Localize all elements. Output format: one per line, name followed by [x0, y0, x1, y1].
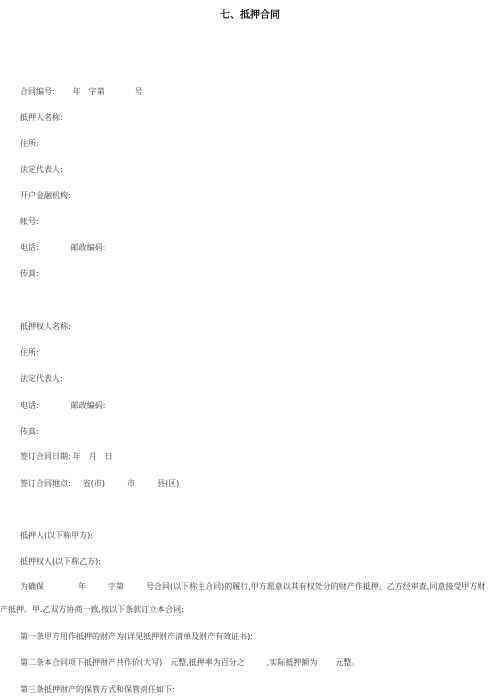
- mortgagee-fax: 传真:: [20, 426, 39, 437]
- mortgagor-legal-rep: 法定代表人:: [20, 164, 63, 175]
- contract-number-label: 合同编号:: [20, 87, 55, 96]
- preamble-line-1: 为确保年字第号合同(以下称主合同)的履行,甲方愿意以其有权处分的财产作抵押。乙方…: [20, 581, 485, 592]
- document-title: 七、抵押合同: [0, 6, 500, 21]
- mortgagor-phone-line: 电话:邮政编码:: [20, 242, 105, 253]
- preamble-line-2: 产抵押。甲.乙双方协商一致,按以下条款订立本合同:: [0, 604, 184, 615]
- article-3: 第三条抵押财产的保管方式和保管责任如下:: [20, 684, 175, 695]
- sign-date-line: 签订合同日期:年月日: [20, 451, 113, 462]
- mortgagee-address: 住所:: [20, 347, 39, 358]
- contract-number-line: 合同编号:年字第号: [20, 86, 143, 97]
- article-2: 第二条本合同项下抵押财产共作价(大写)元整,抵押率为百分之,实际抵押额为元整。: [20, 657, 359, 668]
- mortgagor-name: 抵押人名称:: [20, 112, 63, 123]
- party-b: 抵押权人(以下称乙方):: [20, 556, 101, 567]
- mortgagor-fax: 传真:: [20, 268, 39, 279]
- mortgagor-address: 住所:: [20, 138, 39, 149]
- mortgagee-legal-rep: 法定代表人:: [20, 373, 63, 384]
- mortgagee-phone-line: 电话:邮政编码:: [20, 400, 105, 411]
- mortgagor-account: 帐号:: [20, 216, 39, 227]
- sign-place-line: 签订合同地点:省(市)市县(区): [20, 478, 179, 489]
- mortgagee-name: 抵押权人名称:: [20, 321, 71, 332]
- mortgagor-bank: 开户金融机构:: [20, 190, 71, 201]
- article-1: 第一条甲方用作抵押的财产为(详见抵押财产清单及财产有效证书):: [20, 631, 253, 642]
- party-a: 抵押人(以下称甲方):: [20, 530, 93, 541]
